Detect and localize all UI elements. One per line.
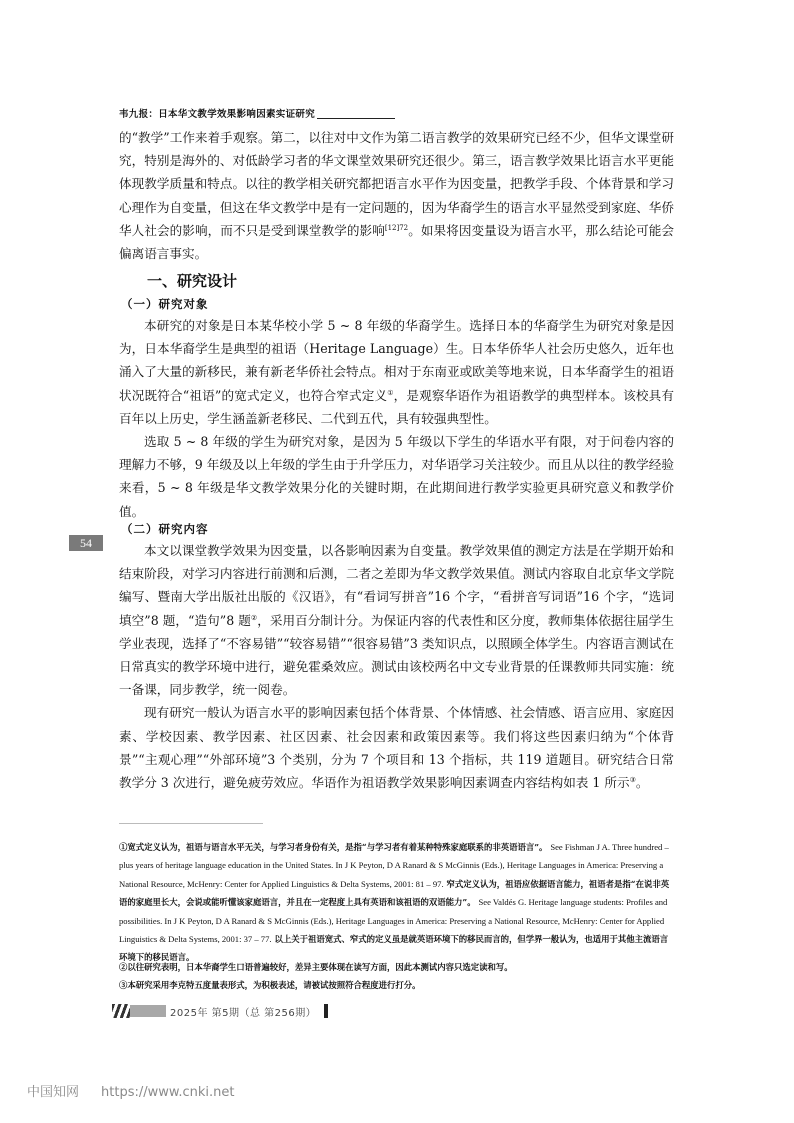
site-url[interactable]: https://www.cnki.net — [101, 1085, 234, 1100]
paragraph-text: 现有研究一般认为语言水平的影响因素包括个体背景、个体情感、社会情感、语言应用、家… — [119, 705, 674, 790]
intro-paragraph: 的“教学”工作来着手观察。第二，以往对中文作为第二语言教学的效果研究已经不少，但… — [119, 126, 674, 265]
footer-end-mark — [324, 1004, 328, 1018]
page-number: 54 — [69, 535, 103, 551]
subsection-heading-content: （二）研究内容 — [121, 521, 209, 537]
footer-bar — [130, 1005, 166, 1017]
paragraph-text: 。 — [636, 775, 649, 790]
footnote-divider — [119, 823, 263, 824]
subjects-paragraph-2: 选取 5 ~ 8 年级的学生为研究对象，是因为 5 年级以下学生的华语水平有限，… — [119, 430, 674, 523]
subsection-heading-subjects: （一）研究对象 — [121, 296, 209, 312]
header-rule — [317, 118, 395, 119]
citation-ref: [12]72 — [385, 224, 408, 232]
footnote-1: ①宽式定义认为，祖语与语言水平无关，与学习者身份有关，是指“与学习者有着某种特殊… — [119, 838, 674, 967]
subjects-paragraph-1: 本研究的对象是日本某华校小学 5 ~ 8 年级的华裔学生。选择日本的华裔学生为研… — [119, 314, 674, 430]
cnki-watermark: 中国知网https://www.cnki.net — [27, 1081, 256, 1100]
running-header: 韦九报：日本华文教学效果影响因素实证研究 — [119, 106, 395, 120]
site-name: 中国知网 — [27, 1085, 79, 1100]
header-title: 韦九报：日本华文教学效果影响因素实证研究 — [119, 109, 315, 120]
issue-footer: 2025年 第5期（总 第256期） — [112, 1003, 328, 1019]
footnote-text: ①宽式定义认为，祖语与语言水平无关，与学习者身份有关，是指“与学习者有着某种特殊… — [119, 842, 547, 852]
intro-text: 的“教学”工作来着手观察。第二，以往对中文作为第二语言教学的效果研究已经不少，但… — [119, 130, 674, 238]
subjects-paragraphs: 本研究的对象是日本某华校小学 5 ~ 8 年级的华裔学生。选择日本的华裔学生为研… — [119, 314, 674, 523]
footnote-3: ③本研究采用李克特五度量表形式，为积极表述，请被试按照符合程度进行打分。 — [119, 976, 674, 994]
content-paragraph-2: 现有研究一般认为语言水平的影响因素包括个体背景、个体情感、社会情感、语言应用、家… — [119, 701, 674, 794]
content-paragraph-1: 本文以课堂教学效果为因变量，以各影响因素为自变量。教学效果值的测定方法是在学期开… — [119, 539, 674, 701]
content-paragraphs: 本文以课堂教学效果为因变量，以各影响因素为自变量。教学效果值的测定方法是在学期开… — [119, 539, 674, 794]
section-heading: 一、研究设计 — [147, 270, 237, 291]
footnote-2: ②以往研究表明，日本华裔学生口语普遍较好，差异主要体现在读写方面，因此本测试内容… — [119, 958, 674, 976]
footer-decoration — [112, 1004, 130, 1018]
issue-label: 2025年 第5期（总 第256期） — [170, 1004, 316, 1019]
